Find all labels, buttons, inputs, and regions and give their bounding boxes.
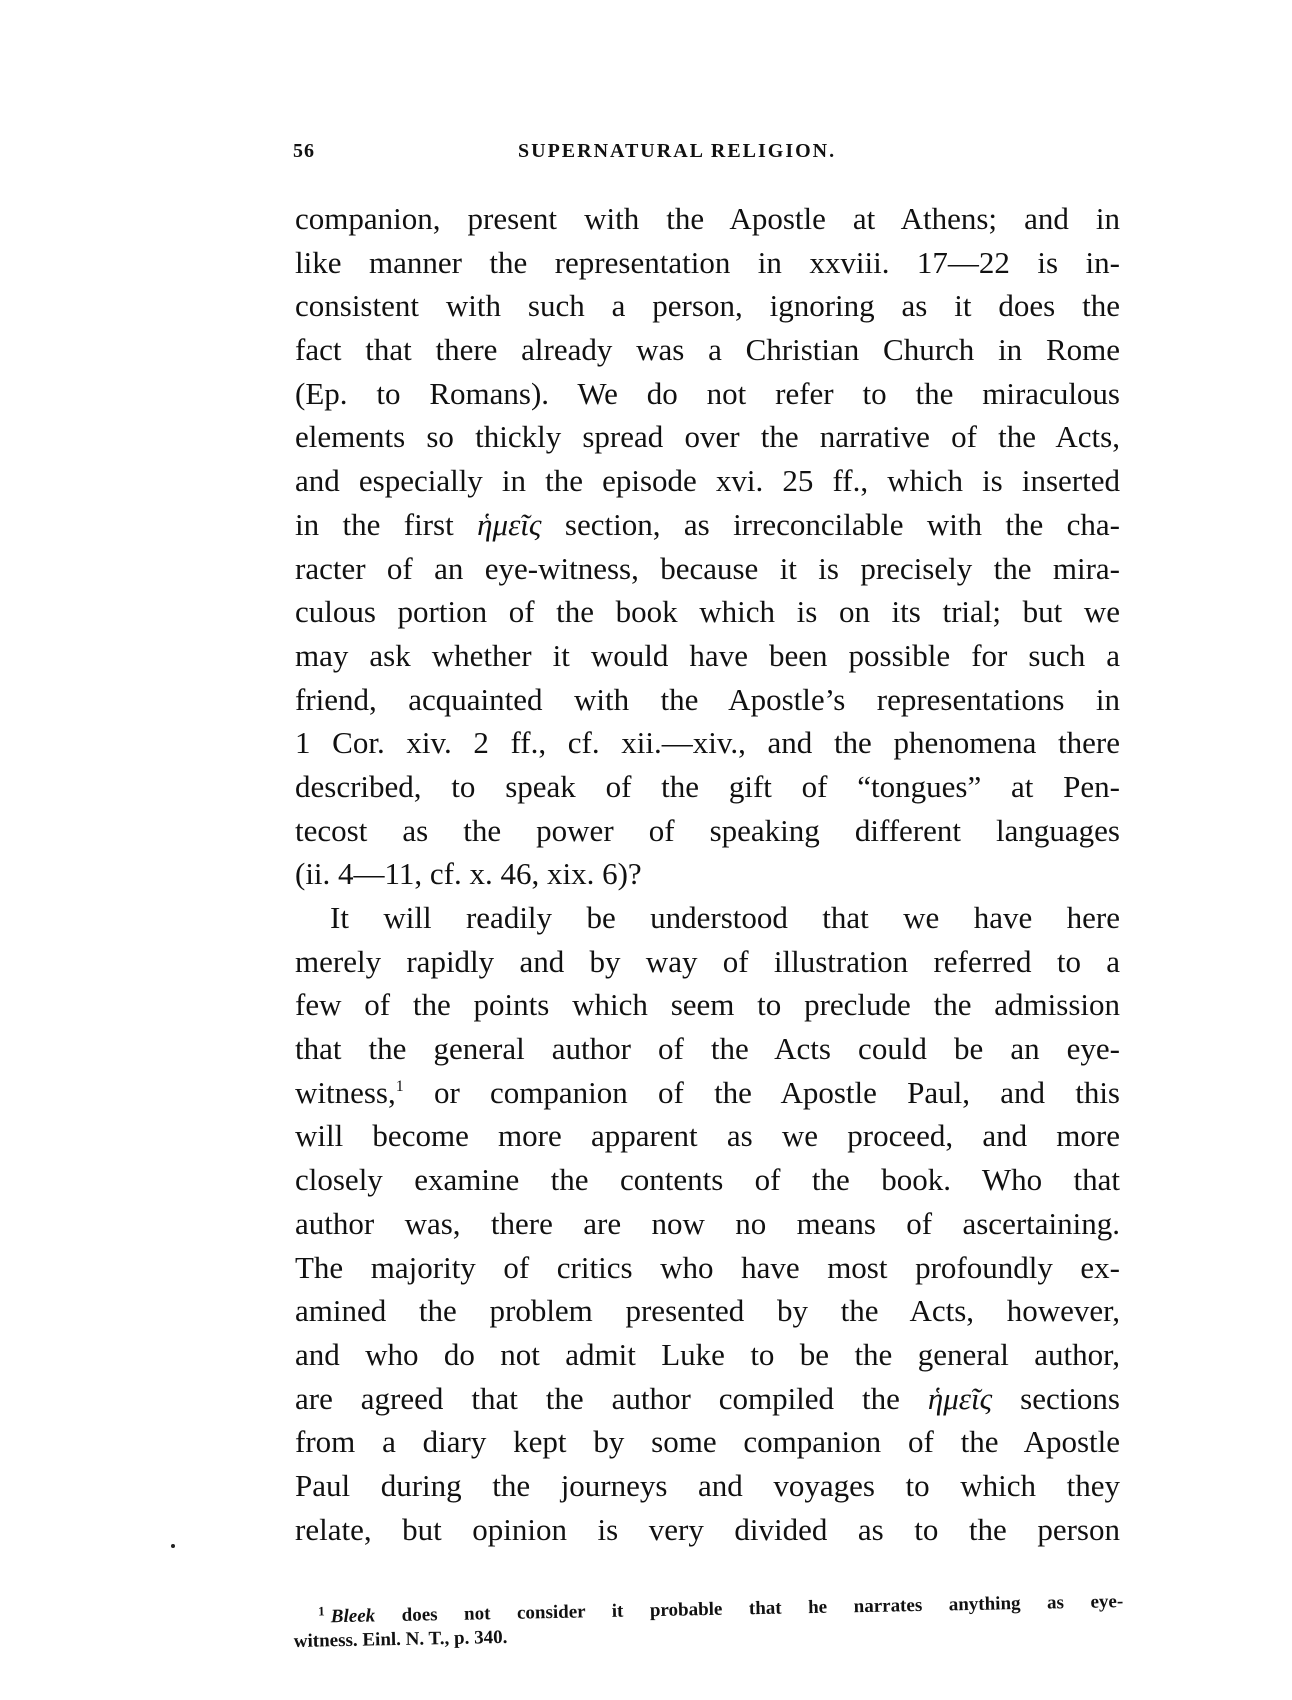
scan-speck — [171, 1544, 175, 1548]
text-line: elements so thickly spread over the narr… — [295, 415, 1120, 459]
greek-word: ἡμεῖς — [928, 1381, 992, 1416]
paragraph-start-line: It will readily be understood that we ha… — [295, 896, 1120, 940]
text-line: will become more apparent as we proceed,… — [295, 1114, 1120, 1158]
text-line: companion, present with the Apostle at A… — [295, 197, 1120, 241]
text-line: (Ep. to Romans). We do not refer to the … — [295, 372, 1120, 416]
text-line: tecost as the power of speaking differen… — [295, 809, 1120, 853]
text-segment: sections — [992, 1381, 1120, 1416]
text-line: (ii. 4—11, cf. x. 46, xix. 6)? — [295, 852, 1120, 896]
text-line: that the general author of the Acts coul… — [295, 1027, 1120, 1071]
text-line: racter of an eye-witness, because it is … — [295, 547, 1120, 591]
greek-word: ἡμεῖς — [477, 507, 541, 542]
text-line: 1 Cor. xiv. 2 ff., cf. xii.—xiv., and th… — [295, 721, 1120, 765]
text-line: are agreed that the author compiled the … — [295, 1377, 1120, 1421]
text-line: and who do not admit Luke to be the gene… — [295, 1333, 1120, 1377]
text-line: few of the points which seem to preclude… — [295, 983, 1120, 1027]
body-text: companion, present with the Apostle at A… — [295, 197, 1120, 1551]
running-head: 56 SUPERNATURAL RELIGION. — [293, 140, 1123, 170]
text-line: author was, there are now no means of as… — [295, 1202, 1120, 1246]
text-line: The majority of critics who have most pr… — [295, 1246, 1120, 1290]
text-line: from a diary kept by some companion of t… — [295, 1420, 1120, 1464]
text-line: culous portion of the book which is on i… — [295, 590, 1120, 634]
text-line: relate, but opinion is very divided as t… — [295, 1508, 1120, 1552]
page-number: 56 — [293, 140, 315, 163]
text-line: like manner the representation in xxviii… — [295, 241, 1120, 285]
text-segment: in the first — [295, 507, 477, 542]
text-line: amined the problem presented by the Acts… — [295, 1289, 1120, 1333]
text-line: described, to speak of the gift of “tong… — [295, 765, 1120, 809]
footnote-marker: 1 — [318, 1603, 325, 1618]
text-line: fact that there already was a Christian … — [295, 328, 1120, 372]
footnotes: 1Bleek does not consider it probable tha… — [293, 1584, 1124, 1654]
text-line: closely examine the contents of the book… — [295, 1158, 1120, 1202]
text-line: merely rapidly and by way of illustratio… — [295, 940, 1120, 984]
text-line: consistent with such a person, ignoring … — [295, 284, 1120, 328]
text-line: may ask whether it would have been possi… — [295, 634, 1120, 678]
running-title: SUPERNATURAL RELIGION. — [518, 140, 836, 163]
text-segment: or companion of the Apostle Paul, and th… — [404, 1075, 1120, 1110]
text-segment: are agreed that the author compiled the — [295, 1381, 928, 1416]
text-segment: witness, — [295, 1075, 396, 1110]
text-segment: section, as irreconcilable with the cha- — [541, 507, 1120, 542]
text-line: friend, acquainted with the Apostle’s re… — [295, 678, 1120, 722]
text-line: Paul during the journeys and voyages to … — [295, 1464, 1120, 1508]
text-line: witness,1 or companion of the Apostle Pa… — [295, 1071, 1120, 1115]
footnote-reference: 1 — [396, 1078, 404, 1095]
footnote-author: Bleek — [331, 1605, 376, 1627]
book-page: 56 SUPERNATURAL RELIGION. companion, pre… — [0, 0, 1292, 1700]
text-line: and especially in the episode xvi. 25 ff… — [295, 459, 1120, 503]
text-line: in the first ἡμεῖς section, as irreconci… — [295, 503, 1120, 547]
